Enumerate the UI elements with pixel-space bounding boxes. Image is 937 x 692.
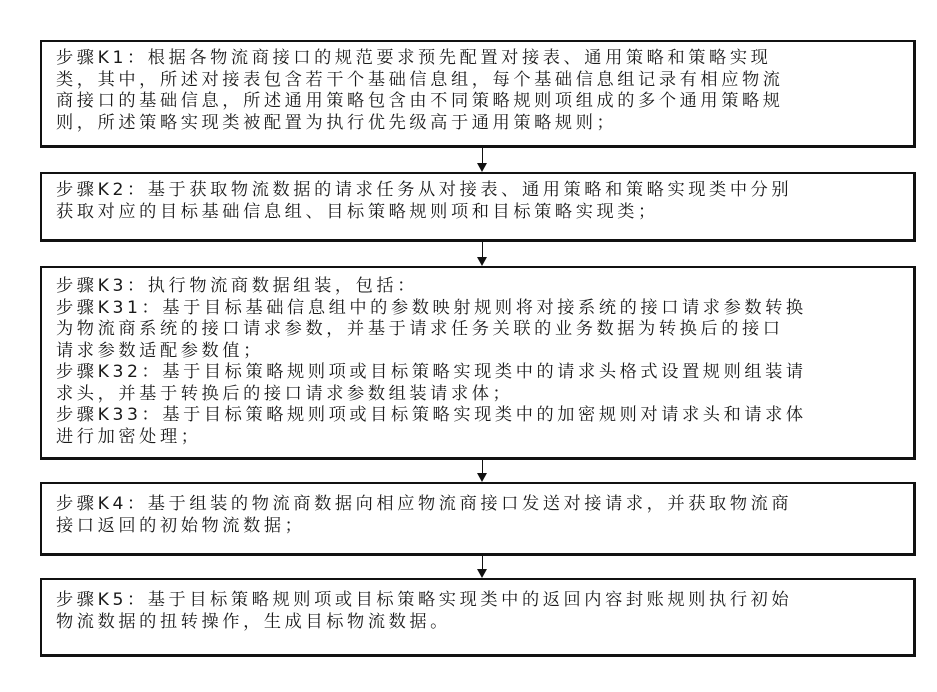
step-k31-line-1: 步骤K31：基于目标基础信息组中的参数映射规则将对接系统的接口请求参数转换 [56, 298, 903, 320]
step-k2-line-1: 步骤K2：基于获取物流数据的请求任务从对接表、通用策略和策略实现类中分别 [56, 180, 903, 202]
step-k1-line-4: 则，所述策略实现类被配置为执行优先级高于通用策略规则； [56, 113, 903, 135]
step-k31-line-2: 为物流商系统的接口请求参数，并基于请求任务关联的业务数据为转换后的接口 [56, 319, 903, 341]
step-box-k3: 步骤K3：执行物流商数据组装，包括： 步骤K31：基于目标基础信息组中的参数映射… [40, 266, 916, 460]
arrow-head-icon [477, 569, 487, 578]
arrow-head-icon [477, 163, 487, 172]
arrow-head-icon [477, 257, 487, 266]
arrow-shaft [482, 148, 483, 164]
step-k31-line-3: 请求参数适配参数值； [56, 341, 903, 363]
step-k4-line-1: 步骤K4：基于组装的物流商数据向相应物流商接口发送对接请求，并获取物流商 [56, 494, 903, 516]
step-k2-line-2: 获取对应的目标基础信息组、目标策略规则项和目标策略实现类； [56, 202, 903, 224]
step-k1-line-1: 步骤K1：根据各物流商接口的规范要求预先配置对接表、通用策略和策略实现 [56, 48, 903, 70]
step-k32-line-2: 求头，并基于转换后的接口请求参数组装请求体； [56, 384, 903, 406]
step-box-k2: 步骤K2：基于获取物流数据的请求任务从对接表、通用策略和策略实现类中分别 获取对… [40, 172, 916, 242]
step-k4-line-2: 接口返回的初始物流数据； [56, 516, 903, 538]
arrow-shaft [482, 556, 483, 570]
arrow-shaft [482, 242, 483, 258]
step-box-k5: 步骤K5：基于目标策略规则项或目标策略实现类中的返回内容封账规则执行初始 物流数… [40, 578, 916, 657]
arrow-shaft [482, 460, 483, 474]
step-k33-line-1: 步骤K33：基于目标策略规则项或目标策略实现类中的加密规则对请求头和请求体 [56, 405, 903, 427]
step-k33-line-2: 进行加密处理； [56, 427, 903, 449]
step-k1-line-3: 商接口的基础信息，所述通用策略包含由不同策略规则项组成的多个通用策略规 [56, 91, 903, 113]
step-k32-line-1: 步骤K32：基于目标策略规则项或目标策略实现类中的请求头格式设置规则组装请 [56, 362, 903, 384]
step-box-k4: 步骤K4：基于组装的物流商数据向相应物流商接口发送对接请求，并获取物流商 接口返… [40, 482, 916, 556]
step-box-k1: 步骤K1：根据各物流商接口的规范要求预先配置对接表、通用策略和策略实现 类，其中… [40, 40, 916, 148]
step-k5-line-2: 物流数据的扭转操作，生成目标物流数据。 [56, 612, 903, 634]
step-k5-line-1: 步骤K5：基于目标策略规则项或目标策略实现类中的返回内容封账规则执行初始 [56, 590, 903, 612]
step-k3-line-1: 步骤K3：执行物流商数据组装，包括： [56, 276, 903, 298]
step-k1-line-2: 类，其中，所述对接表包含若干个基础信息组，每个基础信息组记录有相应物流 [56, 70, 903, 92]
arrow-head-icon [477, 473, 487, 482]
